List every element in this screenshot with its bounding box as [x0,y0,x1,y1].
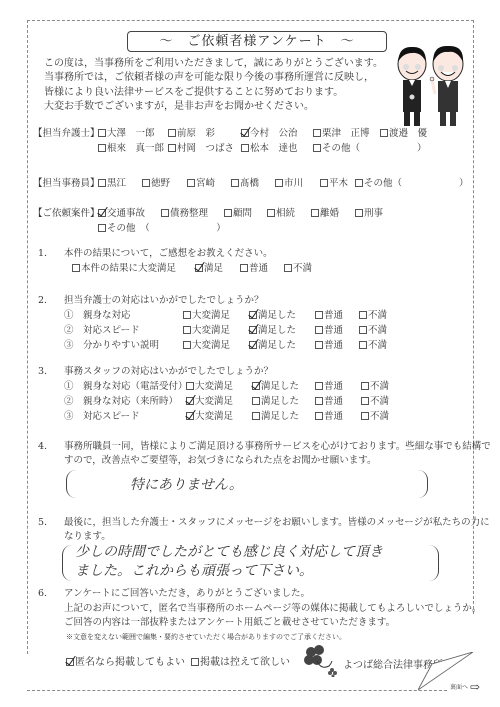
checkbox-icon[interactable] [275,179,283,187]
q2-option[interactable]: 普通 [315,310,343,322]
q3-option[interactable]: 普通 [315,396,343,408]
q2-row-label: ① 親身な対応 [64,310,131,322]
q2-option[interactable]: 大変満足 [183,325,230,337]
checkbox-icon[interactable] [98,129,106,137]
checkbox-icon[interactable] [355,209,363,217]
case-option[interactable]: 離婚 [311,208,339,220]
question-text: 本件の結果について，ご感想をお教えください。 [64,247,273,261]
checkbox-checked-icon[interactable] [195,264,203,272]
lawyer-option[interactable]: 大澤 一郎 [98,128,155,140]
q4-answer-field[interactable] [66,470,428,498]
checkbox-icon[interactable] [186,382,194,390]
intro-line: 当事務所では，ご依頼者様の声を可能な限り今後の事務所運営に反映し， [44,71,383,85]
checkbox-icon[interactable] [315,341,323,349]
survey-title: ～ ご依頼者様アンケート ～ [127,31,387,52]
q2-option[interactable]: 普通 [315,325,343,337]
case-option[interactable]: その他 （ ） [98,223,226,235]
q4-handwritten-answer: 特にありません。 [130,474,243,494]
q2-option[interactable]: 普通 [315,340,343,352]
staff-option[interactable]: その他（ ） [355,178,469,190]
lawyer-option[interactable]: 今村 公治 [241,128,298,140]
checkbox-icon[interactable] [72,264,80,272]
q3-option[interactable]: 大変満足 [186,396,233,408]
question-number: 1. [38,248,47,259]
q1-option[interactable]: 満足 [195,263,223,275]
staff-option[interactable]: 黒江 [98,178,126,190]
staff-option[interactable]: 平木 [320,178,348,190]
checkbox-icon[interactable] [284,264,292,272]
intro-line: 大変お手数でございますが，是非お声をお聞かせください。 [44,100,383,114]
case-option[interactable]: 債務整理 [161,208,208,220]
q6-note: ※文意を変えない範囲で編集・要約させていただく場合がありますのでご了承ください。 [66,631,346,643]
case-option[interactable]: 交通事故 [98,208,145,220]
checkbox-icon[interactable] [183,326,191,334]
checkbox-icon[interactable] [315,412,323,420]
checkbox-icon[interactable] [252,397,260,405]
question-text: 事務スタッフの対応はいかがでしたでしょうか？ [64,365,273,379]
q2-row-label: ③ 分かりやすい説明 [64,340,159,352]
checkbox-icon[interactable] [142,179,150,187]
checkbox-checked-icon[interactable] [66,658,74,666]
q2-option[interactable]: 不満 [359,325,387,337]
lawyer-option[interactable]: 根來 真一郎 [98,143,164,155]
checkbox-icon[interactable] [98,224,106,232]
checkbox-icon[interactable] [313,144,321,152]
case-option[interactable]: 相続 [267,208,295,220]
q3-option[interactable]: 大変満足 [186,411,233,423]
q6-option[interactable]: 掲載は控えて欲しい [191,657,290,669]
question-text: 担当弁護士の対応はいかがでしたでしょうか？ [64,294,264,308]
checkbox-icon[interactable] [98,144,106,152]
checkbox-icon[interactable] [168,129,176,137]
checkbox-icon[interactable] [267,209,275,217]
q1-option[interactable]: 本件の結果に大変満足 [72,263,176,275]
case-option[interactable]: 顧問 [224,208,252,220]
q2-option[interactable]: 大変満足 [183,310,230,322]
checkbox-icon[interactable] [187,179,195,187]
sheet-bottom-border [27,690,447,691]
question-number: 2. [38,295,47,306]
lawyer-section-label: 【担当弁護士】 [33,128,100,140]
checkbox-icon[interactable] [359,311,367,319]
q6-option[interactable]: 匿名なら掲載してもよい [66,657,185,669]
q3-option[interactable]: 普通 [315,411,343,423]
checkbox-icon[interactable] [380,129,388,137]
four-leaf-clover-icon [303,645,339,677]
checkbox-checked-icon[interactable] [249,326,257,334]
q2-option[interactable]: 満足した [249,340,296,352]
q3-option[interactable]: 満足した [252,381,299,393]
question-text: 事務所職員一同，皆様によりご満足頂ける事務所サービスを心がけております。些細な事… [64,440,491,467]
checkbox-icon[interactable] [191,658,199,666]
lawyer-option[interactable]: 村岡 つばさ [168,143,234,155]
q3-row-label: ① 親身な対応（電話受付） [64,381,188,393]
question-text: アンケートにご回答いただき，ありがとうございました。 上記のお声について，匿名で… [64,587,481,631]
back-page-link[interactable]: 裏面へ ⇨ [450,680,480,694]
checkbox-icon[interactable] [252,412,260,420]
checkbox-icon[interactable] [231,179,239,187]
checkbox-icon[interactable] [361,412,369,420]
lawyer-option[interactable]: 渡邉 優 [380,128,427,140]
checkbox-icon[interactable] [161,209,169,217]
checkbox-icon[interactable] [168,144,176,152]
checkbox-icon[interactable] [315,311,323,319]
checkbox-checked-icon[interactable] [252,382,260,390]
q2-option[interactable]: 満足した [249,325,296,337]
intro-text: この度は，当事務所をご利用いただきまして，誠にありがとうございます。 当事務所で… [44,57,383,114]
q1-option[interactable]: 不満 [284,263,312,275]
q3-option[interactable]: 大変満足 [186,381,233,393]
q3-option[interactable]: 不満 [361,411,389,423]
staff-option[interactable]: 徳野 [142,178,170,190]
checkbox-icon[interactable] [361,382,369,390]
lawyer-option[interactable]: 栗津 正博 [313,128,370,140]
checkbox-icon[interactable] [315,382,323,390]
checkbox-icon[interactable] [359,341,367,349]
checkbox-icon[interactable] [98,179,106,187]
checkbox-icon[interactable] [359,326,367,334]
lawyer-option[interactable]: その他（ ） [313,143,427,155]
checkbox-checked-icon[interactable] [98,209,106,217]
lawyer-option[interactable]: 松本 達也 [241,143,298,155]
staff-option[interactable]: 市川 [275,178,303,190]
q3-option[interactable]: 不満 [361,381,389,393]
staff-option[interactable]: 髙橋 [231,178,259,190]
intro-line: この度は，当事務所をご利用いただきまして，誠にありがとうございます。 [44,57,383,71]
q5-handwritten-answer: 少しの時間でしたがとても感じ良く対応して頂き ました。これからも頑張って下さい。 [75,543,383,581]
checkbox-icon[interactable] [241,144,249,152]
checkbox-checked-icon[interactable] [249,311,257,319]
case-option[interactable]: 刑事 [355,208,383,220]
q3-row-label: ② 親身な対応（来所時） [64,396,178,408]
checkbox-icon[interactable] [183,311,191,319]
q2-option[interactable]: 満足した [249,310,296,322]
lawyer-option[interactable]: 前原 彩 [168,128,215,140]
checkbox-icon[interactable] [311,209,319,217]
checkbox-checked-icon[interactable] [249,341,257,349]
checkbox-icon[interactable] [355,179,363,187]
checkbox-checked-icon[interactable] [186,412,194,420]
q2-option[interactable]: 大変満足 [183,340,230,352]
question-number: 5. [38,517,47,528]
checkbox-icon[interactable] [313,129,321,137]
q1-option[interactable]: 普通 [240,263,268,275]
checkbox-icon[interactable] [183,341,191,349]
q2-row-label: ② 対応スピード [64,325,140,337]
checkbox-checked-icon[interactable] [241,129,249,137]
question-number: 6. [38,588,47,599]
question-text: 最後に，担当した弁護士・スタッフにメッセージをお願いします。皆様のメッセージが私… [64,516,490,543]
staff-section-label: 【担当事務員】 [33,178,100,190]
q2-option[interactable]: 不満 [359,310,387,322]
q3-row-label: ③ 対応スピード [64,411,140,423]
checkbox-checked-icon[interactable] [186,397,194,405]
checkbox-icon[interactable] [320,179,328,187]
checkbox-icon[interactable] [361,397,369,405]
q3-option[interactable]: 満足した [252,396,299,408]
q3-option[interactable]: 満足した [252,411,299,423]
staff-option[interactable]: 宮崎 [187,178,215,190]
question-number: 3. [38,366,47,377]
two-lawyers-illustration-icon [385,42,475,130]
q3-option[interactable]: 普通 [315,381,343,393]
checkbox-icon[interactable] [224,209,232,217]
q2-option[interactable]: 不満 [359,340,387,352]
intro-line: 皆様により良い法律サービスをご提供することに努めております。 [44,86,383,100]
checkbox-icon[interactable] [240,264,248,272]
right-arrow-icon: ⇨ [470,680,480,694]
q3-option[interactable]: 不満 [361,396,389,408]
case-section-label: 【ご依頼案件】 [33,208,100,220]
checkbox-icon[interactable] [315,397,323,405]
checkbox-icon[interactable] [315,326,323,334]
question-number: 4. [38,441,47,452]
